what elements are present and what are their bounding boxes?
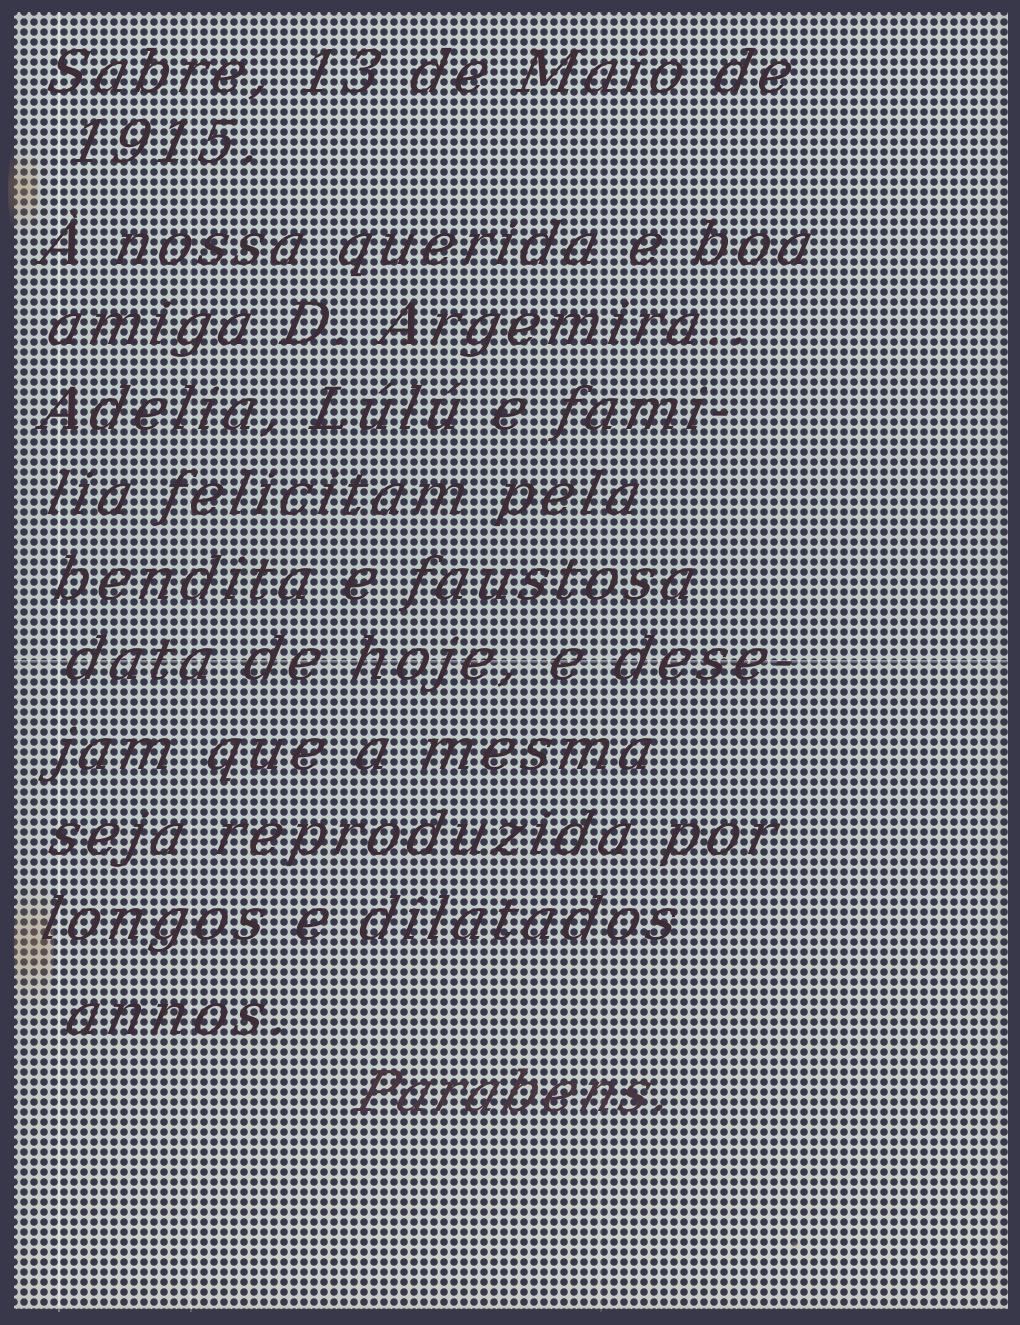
handwritten-line: bendita e faustosa [48, 545, 710, 613]
handwritten-line: lia felicitam pela [42, 460, 654, 528]
age-stain [8, 130, 38, 250]
handwritten-line: annos. [60, 980, 303, 1048]
signature: Parabens. [349, 1060, 686, 1125]
handwritten-line: amiga D. Argemira.. [42, 290, 764, 358]
handwritten-line: Adelia, Lúlú e fami- [36, 375, 745, 443]
handwritten-line: jam que a mesma [48, 715, 667, 783]
handwritten-line: seja reproduzida por [44, 800, 789, 868]
handwritten-line: longos e dilatados [36, 885, 691, 953]
age-stain [790, 1240, 800, 1250]
handwritten-line: Sabre, 13 de Maio de [42, 38, 806, 106]
handwritten-line: À nossa querida e boa [36, 210, 826, 278]
handwritten-line: 1915. [64, 108, 275, 176]
handwritten-line: data de hoje, e dese- [60, 625, 808, 693]
perforated-edge-top [14, 8, 1008, 16]
perforated-edge-bottom [14, 1304, 1008, 1312]
